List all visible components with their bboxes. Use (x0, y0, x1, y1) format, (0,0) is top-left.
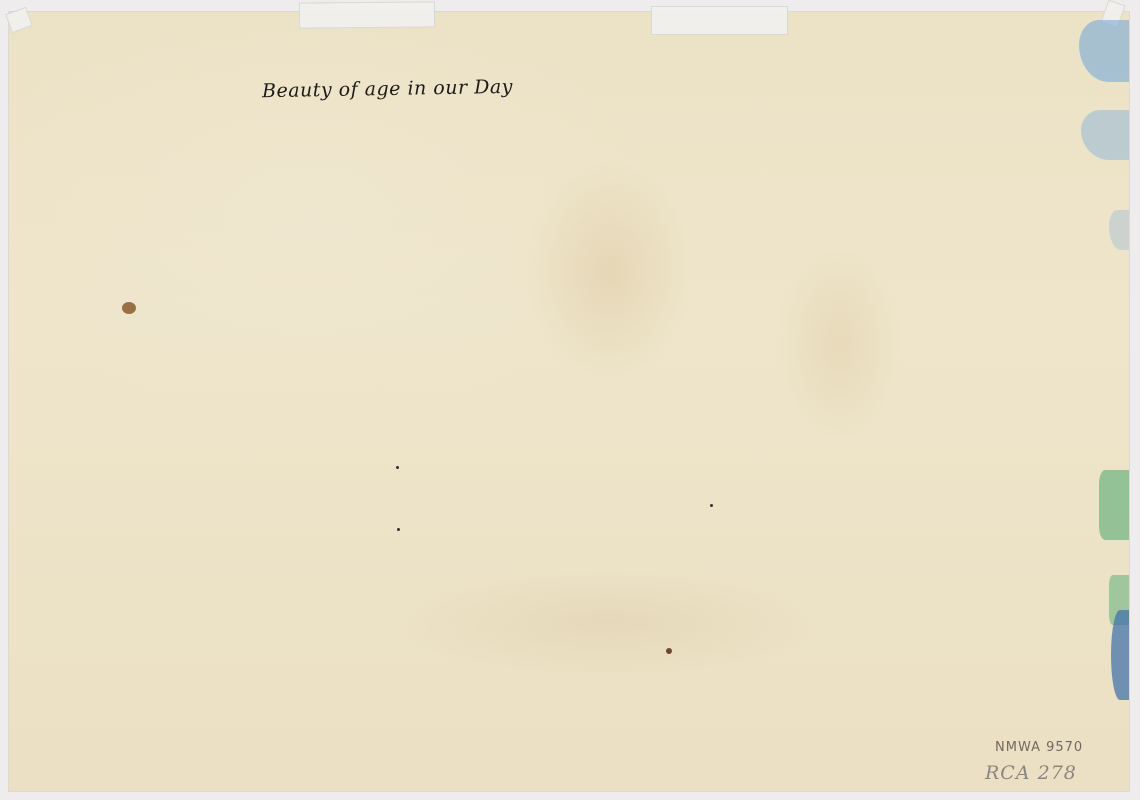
ink-dot (396, 466, 399, 469)
tape-strip (651, 6, 788, 35)
stain-spot (666, 648, 672, 654)
ink-dot (710, 504, 713, 507)
handwritten-title: Beauty of age in our Day (262, 76, 513, 102)
paper-sheet (9, 12, 1129, 791)
catalogue-number: RCA 278 (985, 762, 1077, 784)
accession-number: NMWA 9570 (995, 740, 1083, 755)
paint-bleed-blue (1111, 610, 1129, 700)
stain-spot (122, 302, 136, 314)
paint-bleed-green (1099, 470, 1129, 540)
ink-dot (397, 528, 400, 531)
tape-strip (299, 1, 435, 28)
